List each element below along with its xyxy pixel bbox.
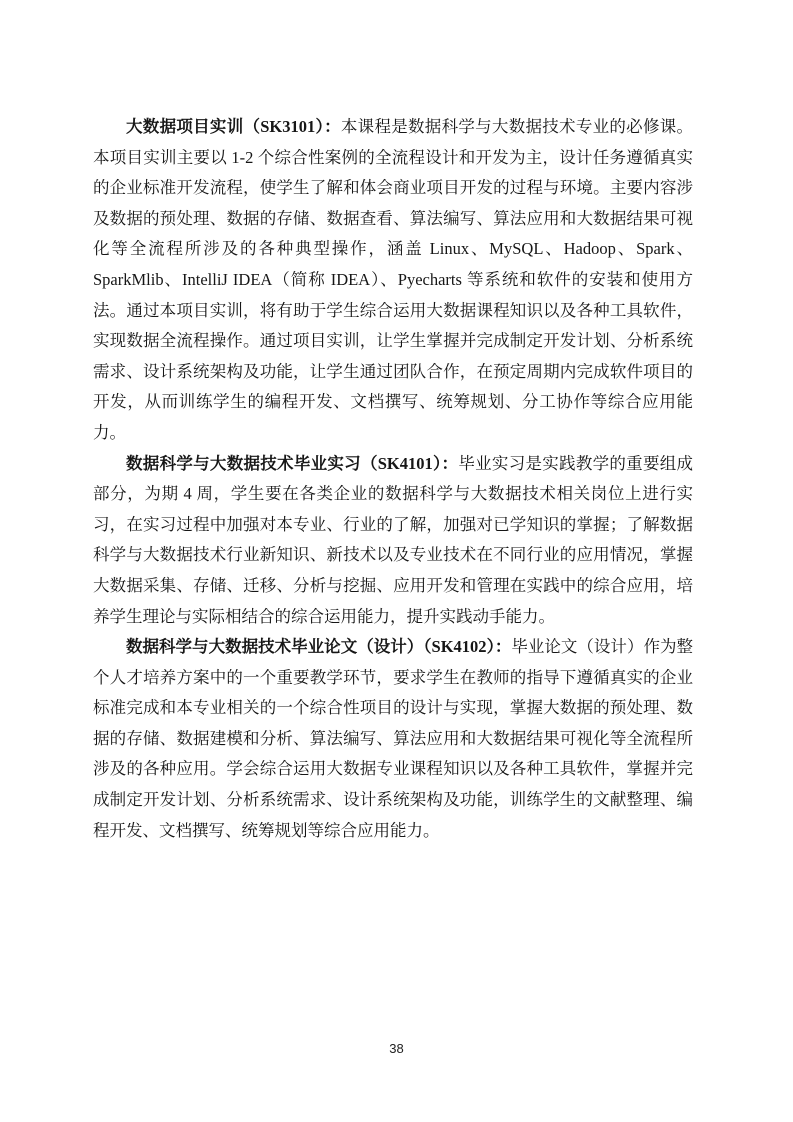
course-description-sk4101: 毕业实习是实践教学的重要组成部分，为期 4 周，学生要在各类企业的数据科学与大数… <box>93 454 693 626</box>
course-title-sk4101: 数据科学与大数据技术毕业实习（SK4101）： <box>126 454 458 473</box>
course-description-sk4102: 毕业论文（设计）作为整个人才培养方案中的一个重要教学环节，要求学生在教师的指导下… <box>93 637 693 840</box>
course-paragraph-sk3101: 大数据项目实训（SK3101）：本课程是数据科学与大数据技术专业的必修课。本项目… <box>93 112 693 449</box>
course-paragraph-sk4101: 数据科学与大数据技术毕业实习（SK4101）：毕业实习是实践教学的重要组成部分，… <box>93 449 693 633</box>
document-page: 大数据项目实训（SK3101）：本课程是数据科学与大数据技术专业的必修课。本项目… <box>0 0 793 1122</box>
page-number: 38 <box>0 1040 793 1058</box>
course-title-sk3101: 大数据项目实训（SK3101）： <box>126 117 341 136</box>
course-paragraph-sk4102: 数据科学与大数据技术毕业论文（设计）（SK4102）：毕业论文（设计）作为整个人… <box>93 632 693 846</box>
page-body-text: 大数据项目实训（SK3101）：本课程是数据科学与大数据技术专业的必修课。本项目… <box>93 112 693 846</box>
course-title-sk4102: 数据科学与大数据技术毕业论文（设计）（SK4102）： <box>126 637 511 656</box>
course-description-sk3101: 本课程是数据科学与大数据技术专业的必修课。本项目实训主要以 1-2 个综合性案例… <box>93 117 693 442</box>
